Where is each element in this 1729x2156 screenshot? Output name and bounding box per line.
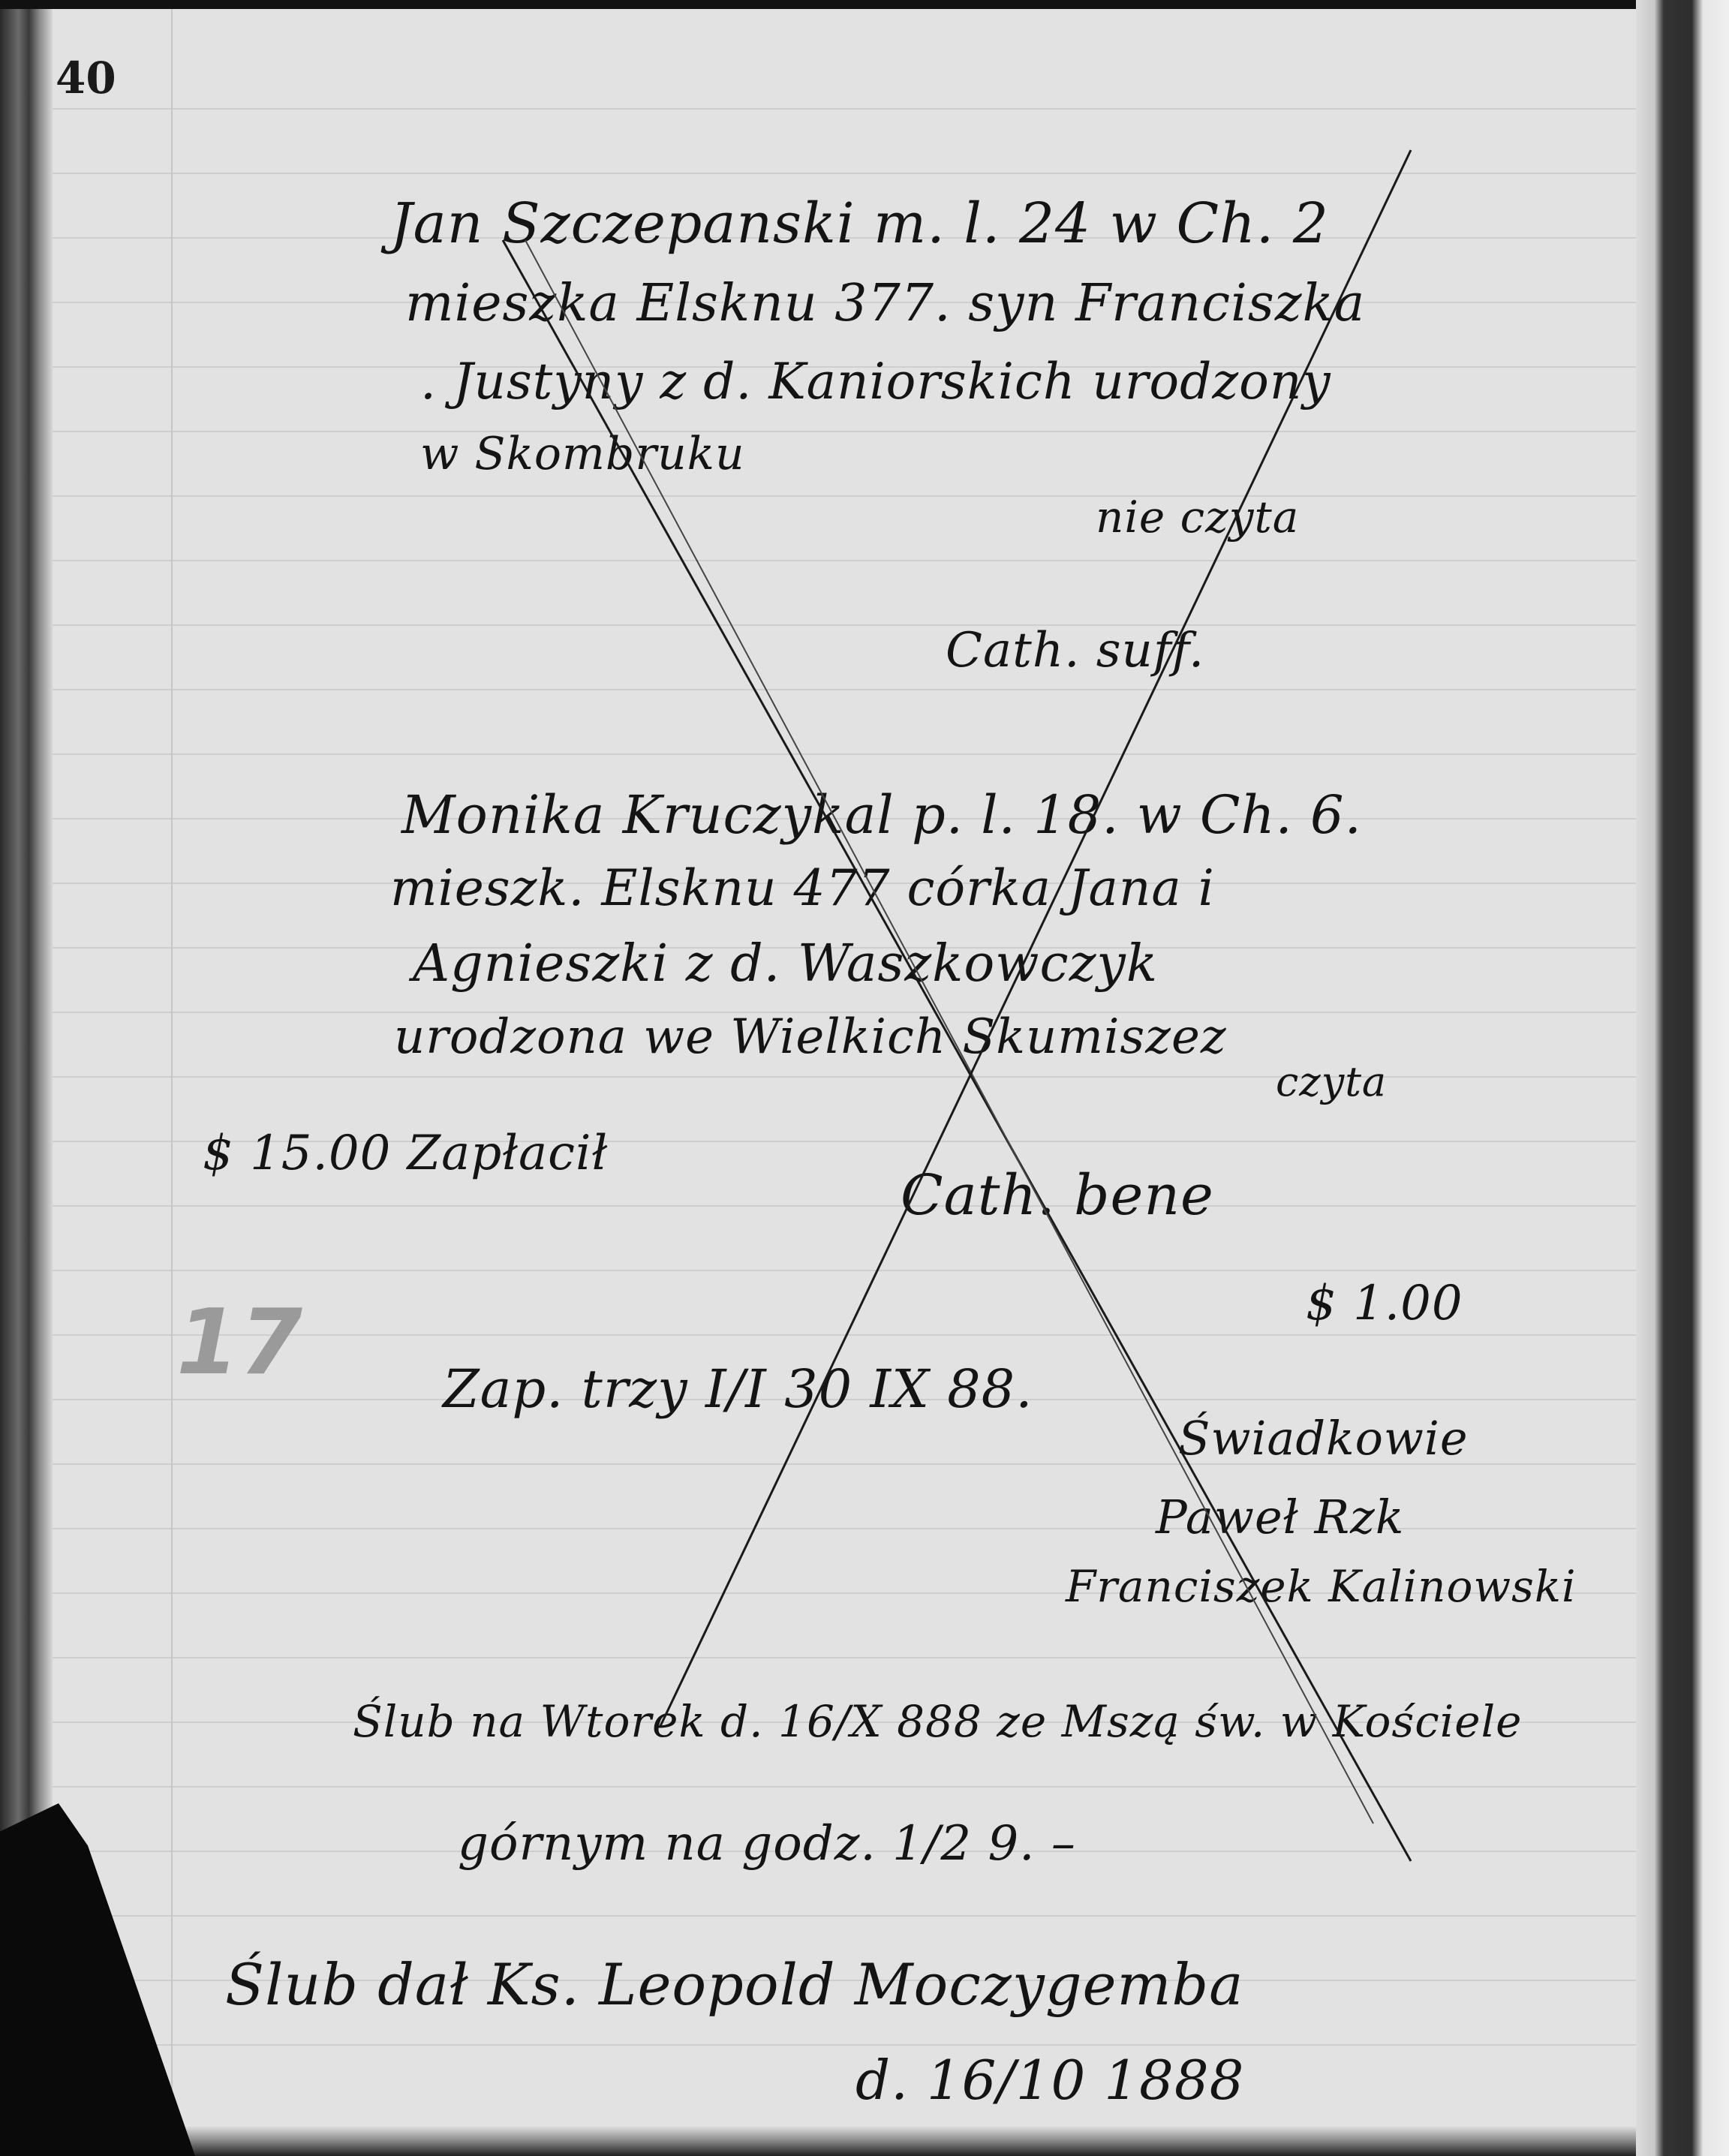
- bride-line-1: Monika Kruczykal p. l. 18. w Ch. 6.: [401, 784, 1362, 846]
- banns-line: Zap. trzy I/I 30 IX 88.: [443, 1358, 1033, 1420]
- bride-reading-note: czyta: [1276, 1058, 1387, 1105]
- groom-line-4: w Skombruku: [420, 428, 745, 480]
- wedding-line-2: górnym na godz. 1/2 9. –: [458, 1816, 1076, 1872]
- margin-rule: [171, 9, 173, 2125]
- book-edge-right: [1636, 0, 1729, 2156]
- bride-line-3: Agnieszki z d. Waszkowczyk: [413, 934, 1158, 994]
- groom-confession: Cath. suff.: [946, 623, 1204, 678]
- page-number: 40: [56, 53, 116, 104]
- page-bottom-edge: [53, 2126, 1636, 2156]
- fee-right: $ 1.00: [1306, 1276, 1463, 1331]
- officiant-date: d. 16/10 1888: [855, 2049, 1244, 2112]
- pencil-mark: 17: [176, 1291, 303, 1395]
- witnesses-label: Świadkowie: [1178, 1411, 1469, 1466]
- witness-2: Franciszek Kalinowski: [1066, 1561, 1577, 1612]
- witness-1: Paweł Rzk: [1156, 1490, 1404, 1544]
- bride-confession: Cath. bene: [901, 1163, 1214, 1228]
- groom-line-3: . Justyny z d. Kaniorskich urodzony: [420, 353, 1331, 410]
- wedding-line-1: Ślub na Wtorek d. 16/X 888 ze Mszą św. w…: [353, 1696, 1522, 1747]
- officiant-line: Ślub dał Ks. Leopold Moczygemba: [225, 1951, 1243, 2018]
- bride-line-2: mieszk. Elsknu 477 córka Jana i: [390, 859, 1215, 917]
- groom-reading-note: nie czyta: [1096, 492, 1299, 543]
- fee-paid-left: $ 15.00 Zapłacił: [203, 1126, 608, 1181]
- groom-line-1: Jan Szczepanski m. l. 24 w Ch. 2: [390, 191, 1329, 256]
- groom-line-2: mieszka Elsknu 377. syn Franciszka: [405, 274, 1365, 333]
- bride-line-4: urodzona we Wielkich Skumiszez: [394, 1009, 1227, 1065]
